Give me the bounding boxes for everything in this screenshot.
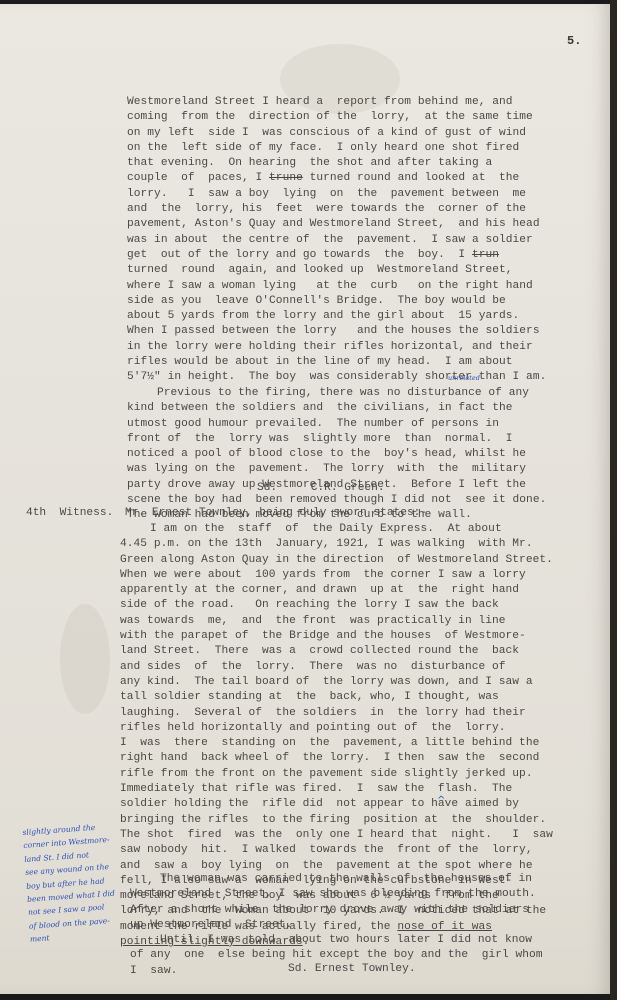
typed-line: When I passed between the lorry and the …: [127, 324, 546, 339]
typed-line: was towards me, and the front was practi…: [120, 614, 553, 629]
typed-line: Immediately that rifle was fired. I saw …: [120, 782, 553, 797]
typed-line: 5'7½" in height. The boy was considerabl…: [127, 370, 546, 385]
typed-line: right hand back wheel of the lorry. I th…: [120, 751, 553, 766]
handwritten-margin-note: slightly around thecorner into Westmore-…: [22, 819, 130, 946]
typed-line: was in about the centre of the pavement.…: [127, 233, 546, 248]
page-edge: [610, 0, 617, 1000]
typed-line: laughing. Several of the soldiers in the…: [120, 706, 553, 721]
witness-label: 4th Witness.: [26, 507, 113, 519]
typed-line: rifle from the front on the pavement sid…: [120, 767, 553, 782]
typed-line: 4.45 p.m. on the 13th January, 1921, I w…: [120, 537, 553, 552]
typed-line: Westmoreland Street I heard a report fro…: [127, 95, 546, 110]
typed-line: get out of the lorry and go towards the …: [127, 248, 546, 263]
typed-line: lorry. I saw a boy lying on the pavement…: [127, 187, 546, 202]
typed-line: soldier holding the rifle did not appear…: [120, 797, 553, 812]
page-number: 5.: [567, 34, 581, 48]
typed-line: I was there standing on the pavement, a …: [120, 736, 553, 751]
typed-line: any kind. The tail board of the lorry wa…: [120, 675, 553, 690]
typed-line: Until I was told about two hours later I…: [130, 933, 543, 948]
typed-line: When we were about 100 yards from the co…: [120, 568, 553, 583]
typed-line: Previous to the firing, there was no dis…: [127, 386, 546, 401]
typed-line: front of the lorry was slightly more tha…: [127, 432, 546, 447]
paper-stain: [60, 604, 110, 714]
typed-line: Westmoreland Street, I saw she was bleed…: [130, 887, 536, 902]
typed-line: rifles would be about in the line of my …: [127, 355, 546, 370]
typed-line: about 5 yards from the lorry and the gir…: [127, 309, 546, 324]
typed-line: couple of paces, I trune turned round an…: [127, 171, 546, 186]
handwritten-insert-unrelated: unrelated: [448, 374, 480, 382]
typed-line: The woman was carried to the walls of th…: [130, 872, 536, 887]
insertion-caret-icon: ‸: [442, 385, 445, 396]
typed-line: bringing the rifles to the firing positi…: [120, 813, 553, 828]
typed-line: kind between the soldiers and the civili…: [127, 401, 546, 416]
insertion-caret-icon: ^: [437, 795, 445, 806]
witness-heading: Mr. Ernest Townley, being duly sworn sta…: [125, 507, 427, 519]
typed-line: on my left side I was conscious of a kin…: [127, 126, 546, 141]
typed-line: rifles held horizontally and pointing ou…: [120, 721, 553, 736]
typed-line: of any one else being hit except the boy…: [130, 948, 543, 963]
typed-line: was lying on the pavement. The lorry wit…: [127, 462, 546, 477]
statement-continuation: Westmoreland Street I heard a report fro…: [127, 95, 546, 386]
typed-line: and sides of the lorry. There was no dis…: [120, 660, 553, 675]
typed-line: up Westmoreland Street.: [130, 918, 536, 933]
signature-c-r-green: Sd. C.R. Green.: [257, 482, 385, 494]
typed-line: tall soldier standing at the back, who, …: [120, 690, 553, 705]
statement-paragraph-previous-firing: Previous to the firing, there was no dis…: [127, 386, 546, 524]
typed-line: and the lorry, his feet were towards the…: [127, 202, 546, 217]
typed-line: I am on the staff of the Daily Express. …: [120, 522, 553, 537]
typed-line: The shot fired was the only one I heard …: [120, 828, 553, 843]
typed-line: saw nobody hit. I walked towards the fro…: [120, 843, 553, 858]
typed-line: with the parapet of the Bridge and the h…: [120, 629, 553, 644]
typed-line: in the lorry were holding their rifles h…: [127, 340, 546, 355]
typed-line: side as you leave O'Connell's Bridge. Th…: [127, 294, 546, 309]
document-page: 5. Westmoreland Street I heard a report …: [0, 4, 610, 994]
typed-line: side of the road. On reaching the lorry …: [120, 598, 553, 613]
typed-line: on the left side of my face. I only hear…: [127, 141, 546, 156]
typed-line: After a short while the lorry drove away…: [130, 903, 536, 918]
statement-paragraph-woman: The woman was carried to the walls of th…: [130, 872, 536, 933]
typed-line: apparently at the corner, and drawn up a…: [120, 583, 553, 598]
typed-line: noticed a pool of blood close to the boy…: [127, 447, 546, 462]
typed-line: land Street. There was a crowd collected…: [120, 644, 553, 659]
typed-line: coming from the direction of the lorry, …: [127, 110, 546, 125]
typed-line: utmost good humour prevailed. The number…: [127, 417, 546, 432]
signature-ernest-townley: Sd. Ernest Townley.: [288, 963, 416, 975]
typed-line: turned round again, and looked up Westmo…: [127, 263, 546, 278]
typed-line: where I saw a woman lying at the curb on…: [127, 279, 546, 294]
typed-line: Green along Aston Quay in the direction …: [120, 553, 553, 568]
typed-line: that evening. On hearing the shot and af…: [127, 156, 546, 171]
typed-line: pavement, Aston's Quay and Westmoreland …: [127, 217, 546, 232]
